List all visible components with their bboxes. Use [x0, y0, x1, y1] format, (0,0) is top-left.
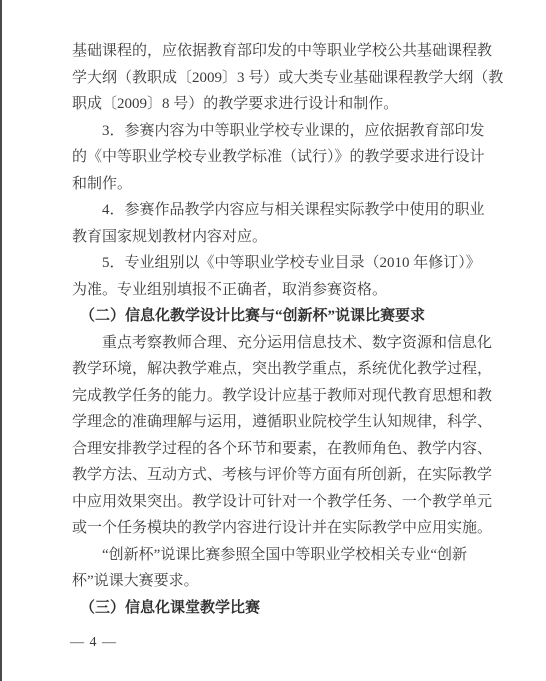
text-line: 重点考察教师合理、充分运用信息技术、数字资源和信息化 [72, 330, 498, 357]
document-body: 基础课程的，应依据教育部印发的中等职业学校公共基础课程教学大纲（教职成〔2009… [72, 38, 498, 621]
text-line: 和制作。 [72, 171, 498, 198]
page-number: — 4 — [70, 634, 117, 652]
text-line: 教学方法、互动方式、考核与评价等方面有所创新，在实际教学 [72, 462, 498, 489]
text-line: 的《中等职业学校专业教学标准（试行）》的教学要求进行设计 [72, 144, 498, 171]
text-line: 中应用效果突出。教学设计可针对一个教学任务、一个教学单元 [72, 489, 498, 516]
text-line: 为准。专业组别填报不正确者，取消参赛资格。 [72, 277, 498, 304]
text-line: “创新杯”说课比赛参照全国中等职业学校相关专业“创新 [72, 542, 498, 569]
text-line: 学理念的准确理解与运用，遵循职业院校学生认知规律，科学、 [72, 409, 498, 436]
text-line: 教育国家规划教材内容对应。 [72, 224, 498, 251]
text-line: 合理安排教学过程的各个环节和要素，在教师角色、教学内容、 [72, 436, 498, 463]
scan-edge-line [0, 0, 2, 681]
text-line: 学大纲（教职成〔2009〕3 号）或大类专业基础课程教学大纲（教 [72, 65, 498, 92]
text-line: 3．参赛内容为中等职业学校专业课的，应依据教育部印发 [72, 118, 498, 145]
text-line: （三）信息化课堂教学比赛 [72, 595, 498, 622]
text-line: 或一个任务模块的教学内容进行设计并在实际教学中应用实施。 [72, 515, 498, 542]
text-line: 杯”说课大赛要求。 [72, 568, 498, 595]
text-line: 基础课程的，应依据教育部印发的中等职业学校公共基础课程教 [72, 38, 498, 65]
text-line: 完成教学任务的能力。教学设计应基于教师对现代教育思想和教 [72, 383, 498, 410]
text-line: 5．专业组别以《中等职业学校专业目录（2010 年修订）》 [72, 250, 498, 277]
text-line: （二）信息化教学设计比赛与“创新杯”说课比赛要求 [72, 303, 498, 330]
text-line: 职成〔2009〕8 号）的教学要求进行设计和制作。 [72, 91, 498, 118]
scanned-document-page: 基础课程的，应依据教育部印发的中等职业学校公共基础课程教学大纲（教职成〔2009… [0, 0, 546, 681]
text-line: 4．参赛作品教学内容应与相关课程实际教学中使用的职业 [72, 197, 498, 224]
text-line: 教学环境，解决教学难点，突出教学重点，系统优化教学过程， [72, 356, 498, 383]
